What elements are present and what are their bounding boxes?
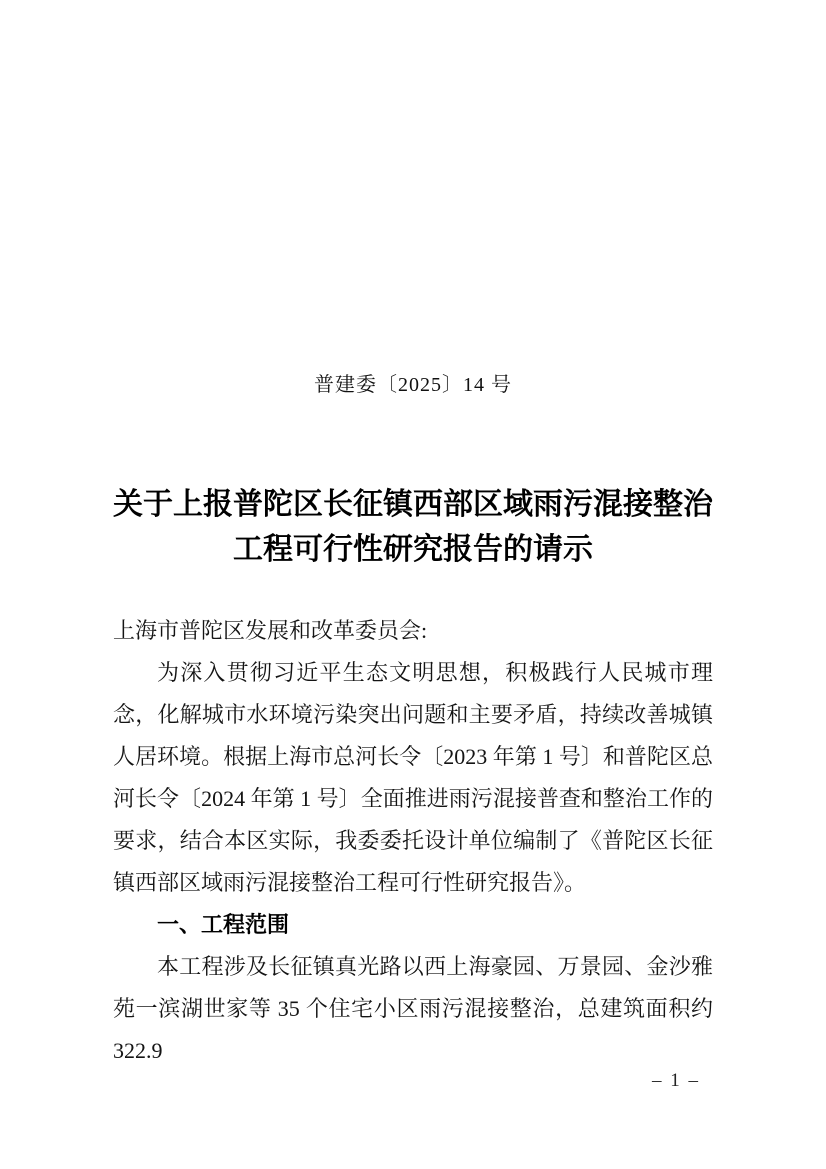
document-page: 普建委〔2025〕14 号 关于上报普陀区长征镇西部区域雨污混接整治 工程可行性… [0, 0, 826, 1169]
section1-heading: 一、工程范围 [113, 904, 713, 946]
page-number: – 1 – [652, 1068, 700, 1094]
doc-body: 上海市普陀区发展和改革委员会: 为深入贯彻习近平生态文明思想，积极践行人民城市理… [113, 610, 713, 1072]
paragraph-intro: 为深入贯彻习近平生态文明思想，积极践行人民城市理念，化解城市水环境污染突出问题和… [113, 652, 713, 904]
doc-title-line2: 工程可行性研究报告的请示 [0, 527, 826, 572]
doc-title-line1: 关于上报普陀区长征镇西部区域雨污混接整治 [0, 482, 826, 527]
doc-number: 普建委〔2025〕14 号 [0, 372, 826, 398]
doc-title: 关于上报普陀区长征镇西部区域雨污混接整治 工程可行性研究报告的请示 [0, 482, 826, 572]
paragraph-section1: 本工程涉及长征镇真光路以西上海豪园、万景园、金沙雅苑一滨湖世家等 35 个住宅小… [113, 946, 713, 1072]
salutation: 上海市普陀区发展和改革委员会: [113, 610, 713, 652]
